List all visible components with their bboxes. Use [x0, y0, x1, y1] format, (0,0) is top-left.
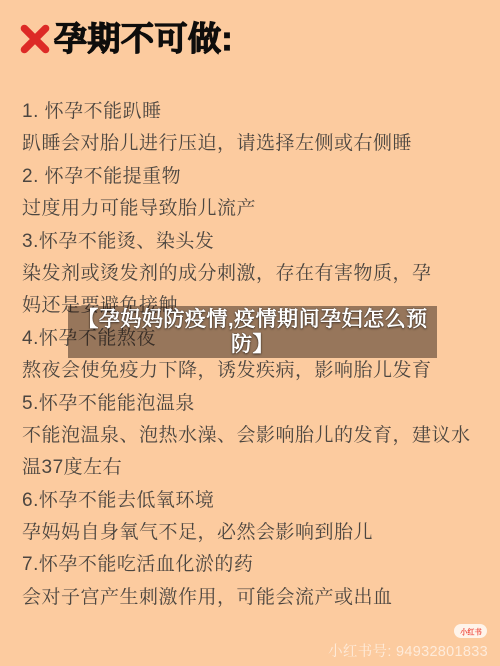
content-line: 2. 怀孕不能提重物	[22, 161, 500, 193]
content-line: 染发剂或烫发剂的成分刺激，存在有害物质，孕	[22, 258, 500, 290]
content-line: 孕妈妈自身氧气不足，必然会影响到胎儿	[22, 517, 500, 549]
content-line: 5.怀孕不能能泡温泉	[22, 388, 500, 420]
content-line: 1. 怀孕不能趴睡	[22, 96, 500, 128]
content-line: 7.怀孕不能吃活血化淤的药	[22, 549, 500, 581]
xiaohongshu-badge: 小红书	[454, 624, 487, 638]
content-line: 6.怀孕不能去低氧环境	[22, 485, 500, 517]
page-title: 孕期不可做:	[54, 20, 233, 58]
content-line: 熬夜会使免疫力下降，诱发疾病，影响胎儿发育	[22, 355, 500, 387]
content-line: 3.怀孕不能烫、染头发	[22, 226, 500, 258]
caption-overlay-line2: 防】	[231, 332, 274, 357]
red-x-icon	[18, 22, 52, 56]
content-line: 过度用力可能导致胎儿流产	[22, 193, 500, 225]
content-line: 温37度左右	[22, 452, 500, 484]
content-line: 不能泡温泉、泡热水澡、会影响胎儿的发育，建议水	[22, 420, 500, 452]
content-line: 会对子宫产生刺激作用，可能会流产或出血	[22, 582, 500, 614]
caption-overlay: 【孕妈妈防疫情,疫情期间孕妇怎么预 防】	[68, 306, 437, 358]
caption-overlay-line1: 【孕妈妈防疫情,疫情期间孕妇怎么预	[77, 307, 427, 332]
title-row: 孕期不可做:	[18, 20, 233, 58]
content-line: 趴睡会对胎儿进行压迫，请选择左侧或右侧睡	[22, 128, 500, 160]
xiaohongshu-badge-label: 小红书	[460, 626, 482, 637]
infographic-canvas: 孕期不可做: 1. 怀孕不能趴睡 趴睡会对胎儿进行压迫，请选择左侧或右侧睡 2.…	[0, 0, 500, 666]
xiaohongshu-id-watermark: 小红书号: 94932801833	[328, 640, 488, 661]
